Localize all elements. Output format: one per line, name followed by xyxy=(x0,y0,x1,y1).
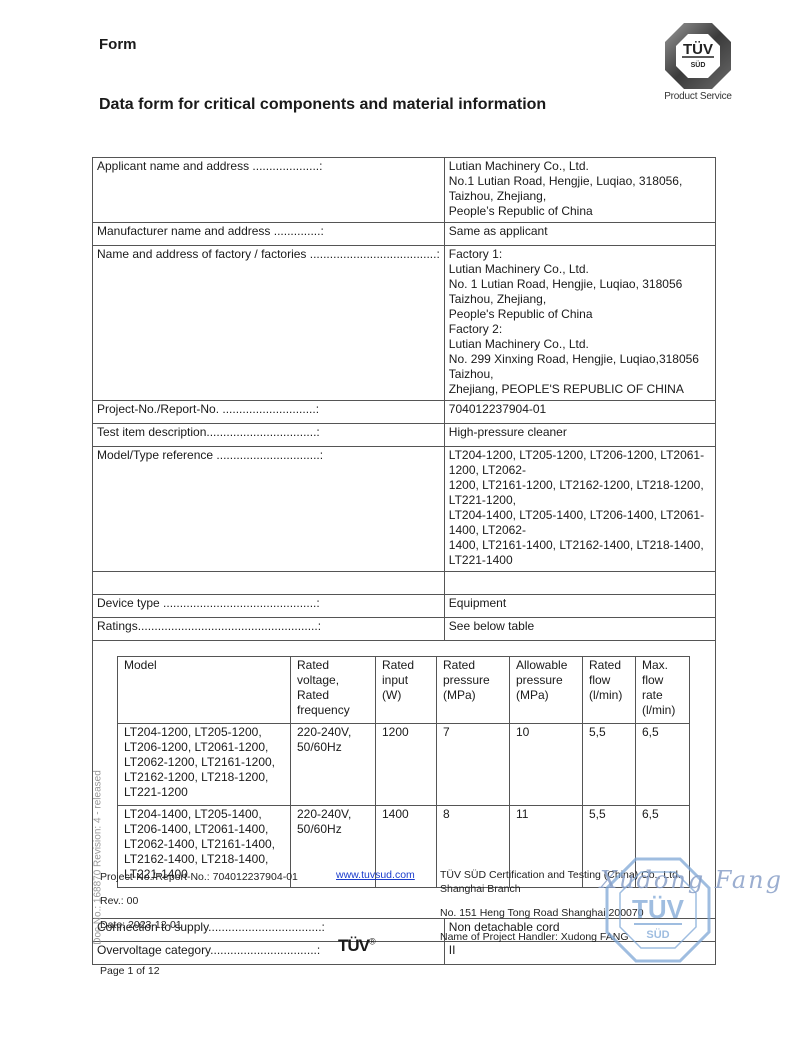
ratings-cell: 7 xyxy=(437,724,510,806)
model-ref-value: LT204-1200, LT205-1200, LT206-1200, LT20… xyxy=(444,447,715,572)
project-no-value: 704012237904-01 xyxy=(444,401,715,424)
manufacturer-value: Same as applicant xyxy=(444,223,715,246)
footer-rev: Rev.: 00 xyxy=(100,895,138,907)
svg-text:SÜD: SÜD xyxy=(646,928,669,941)
ratings-table: Model Rated voltage, Rated frequency Rat… xyxy=(117,656,690,888)
svg-text:TÜV: TÜV xyxy=(683,41,713,58)
ratings-cell: 1200 xyxy=(376,724,437,806)
footer-date: Date: 2023-12-01 xyxy=(100,919,182,931)
table-row: Manufacturer name and address ..........… xyxy=(93,223,716,246)
ratings-header-model: Model xyxy=(118,657,291,724)
applicant-value: Lutian Machinery Co., Ltd. No.1 Lutian R… xyxy=(444,158,715,223)
table-row: Model/Type reference ...................… xyxy=(93,447,716,572)
overvoltage-label: Overvoltage category....................… xyxy=(93,942,445,965)
table-row: Ratings.................................… xyxy=(93,618,716,641)
form-label: Form xyxy=(99,36,137,53)
tuv-mark-text: TÜV xyxy=(338,936,369,955)
project-no-label: Project-No./Report-No. .................… xyxy=(93,401,445,424)
ratings-header-row: Model Rated voltage, Rated frequency Rat… xyxy=(118,657,690,724)
svg-text:SÜD: SÜD xyxy=(691,60,706,69)
table-row: Name and address of factory / factories … xyxy=(93,246,716,401)
footer-handler: Name of Project Handler: Xudong FANG xyxy=(440,931,629,943)
footer-project-no: Project-No./Report-No.: 704012237904-01 xyxy=(100,871,298,883)
applicant-label: Applicant name and address .............… xyxy=(93,158,445,223)
test-item-value: High-pressure cleaner xyxy=(444,424,715,447)
logo-caption: Product Service xyxy=(660,91,736,102)
tuv-trademark: TÜV® xyxy=(338,936,375,956)
page-number: Page 1 of 12 xyxy=(100,965,160,977)
ratings-header-max-flow: Max. flow rate (l/min) xyxy=(636,657,690,724)
doc-revision-note: Doc No.: 168870 Revision: 4 - released xyxy=(93,768,104,948)
registered-mark: ® xyxy=(369,936,375,946)
ratings-header-allowable: Allowable pressure (MPa) xyxy=(510,657,583,724)
ratings-header-flow: Rated flow (l/min) xyxy=(583,657,636,724)
model-ref-label: Model/Type reference ...................… xyxy=(93,447,445,572)
table-row: Test item description...................… xyxy=(93,424,716,447)
manufacturer-label: Manufacturer name and address ..........… xyxy=(93,223,445,246)
ratings-cell: LT204-1200, LT205-1200, LT206-1200, LT20… xyxy=(118,724,291,806)
ratings-label: Ratings.................................… xyxy=(93,618,445,641)
blank-label xyxy=(93,572,445,595)
blank-value xyxy=(444,572,715,595)
test-item-label: Test item description...................… xyxy=(93,424,445,447)
svg-text:TÜV: TÜV xyxy=(632,894,685,924)
ratings-cell: 5,5 xyxy=(583,724,636,806)
signature: Xudong Fang xyxy=(600,866,783,894)
device-type-value: Equipment xyxy=(444,595,715,618)
ratings-header-voltage: Rated voltage, Rated frequency xyxy=(291,657,376,724)
ratings-row: LT204-1200, LT205-1200, LT206-1200, LT20… xyxy=(118,724,690,806)
ratings-header-pressure: Rated pressure (MPa) xyxy=(437,657,510,724)
table-row: Applicant name and address .............… xyxy=(93,158,716,223)
info-table: Applicant name and address .............… xyxy=(92,157,716,965)
page-title: Data form for critical components and ma… xyxy=(99,96,546,114)
ratings-header-input: Rated input (W) xyxy=(376,657,437,724)
website-link[interactable]: www.tuvsud.com xyxy=(336,869,415,881)
ratings-cell: 6,5 xyxy=(636,724,690,806)
ratings-value: See below table xyxy=(444,618,715,641)
table-row: Project-No./Report-No. .................… xyxy=(93,401,716,424)
tuv-sud-logo-icon: TÜV SÜD xyxy=(664,22,732,90)
footer-branch: Shanghai Branch xyxy=(440,883,521,895)
ratings-cell: 220-240V, 50/60Hz xyxy=(291,724,376,806)
table-row xyxy=(93,572,716,595)
table-row: Device type ............................… xyxy=(93,595,716,618)
device-type-label: Device type ............................… xyxy=(93,595,445,618)
ratings-cell: 10 xyxy=(510,724,583,806)
factory-label: Name and address of factory / factories … xyxy=(93,246,445,401)
factory-value: Factory 1: Lutian Machinery Co., Ltd. No… xyxy=(444,246,715,401)
